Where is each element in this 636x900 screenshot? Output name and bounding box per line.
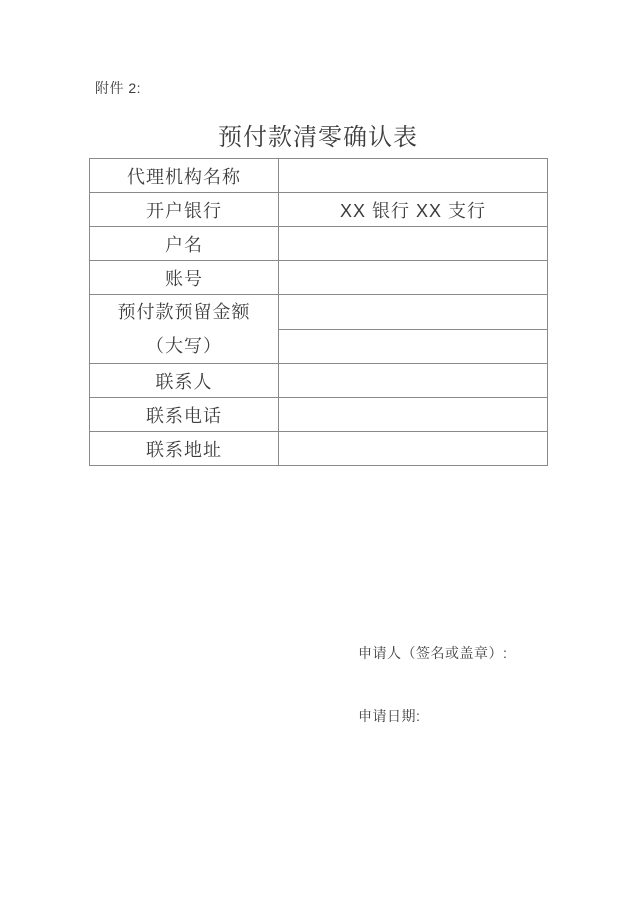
table-row-contact-address: 联系地址 — [90, 432, 548, 466]
row-label-contact-phone: 联系电话 — [90, 398, 279, 432]
row-label-reserved-amount-line1: 预付款预留金额 — [90, 295, 278, 329]
row-label-agency-name: 代理机构名称 — [90, 159, 279, 193]
row-value-contact-person[interactable] — [279, 364, 548, 398]
table-row-contact-phone: 联系电话 — [90, 398, 548, 432]
table-row-account-name: 户名 — [90, 227, 548, 261]
attachment-label: 附件 2: — [95, 78, 141, 98]
row-label-reserved-amount: 预付款预留金额 （大写） — [90, 295, 279, 364]
row-value-account-name[interactable] — [279, 227, 548, 261]
row-value-agency-name[interactable] — [279, 159, 548, 193]
table-row-account-number: 账号 — [90, 261, 548, 295]
table-row-bank: 开户银行 XX 银行 XX 支行 — [90, 193, 548, 227]
applicant-signature-label: 申请人（签名或盖章）: — [358, 643, 507, 663]
table-row-agency-name: 代理机构名称 — [90, 159, 548, 193]
table-row-contact-person: 联系人 — [90, 364, 548, 398]
row-value-account-number[interactable] — [279, 261, 548, 295]
row-label-account-number: 账号 — [90, 261, 279, 295]
row-label-contact-person: 联系人 — [90, 364, 279, 398]
document-page: 附件 2: 预付款清零确认表 代理机构名称 开户银行 XX 银行 XX 支行 户… — [0, 0, 636, 900]
table-row-reserved-amount: 预付款预留金额 （大写） — [90, 295, 548, 330]
row-label-account-name: 户名 — [90, 227, 279, 261]
row-value-bank[interactable]: XX 银行 XX 支行 — [279, 193, 548, 227]
row-value-reserved-amount-bottom[interactable] — [279, 329, 548, 364]
row-value-reserved-amount-top[interactable] — [279, 295, 548, 330]
page-title: 预付款清零确认表 — [0, 117, 636, 152]
row-value-contact-phone[interactable] — [279, 398, 548, 432]
row-label-reserved-amount-line2: （大写） — [90, 329, 278, 363]
row-label-bank: 开户银行 — [90, 193, 279, 227]
prepayment-clearing-form-table: 代理机构名称 开户银行 XX 银行 XX 支行 户名 账号 预付款预留金额 （大… — [89, 158, 548, 466]
row-value-contact-address[interactable] — [279, 432, 548, 466]
row-label-contact-address: 联系地址 — [90, 432, 279, 466]
application-date-label: 申请日期: — [358, 706, 420, 726]
